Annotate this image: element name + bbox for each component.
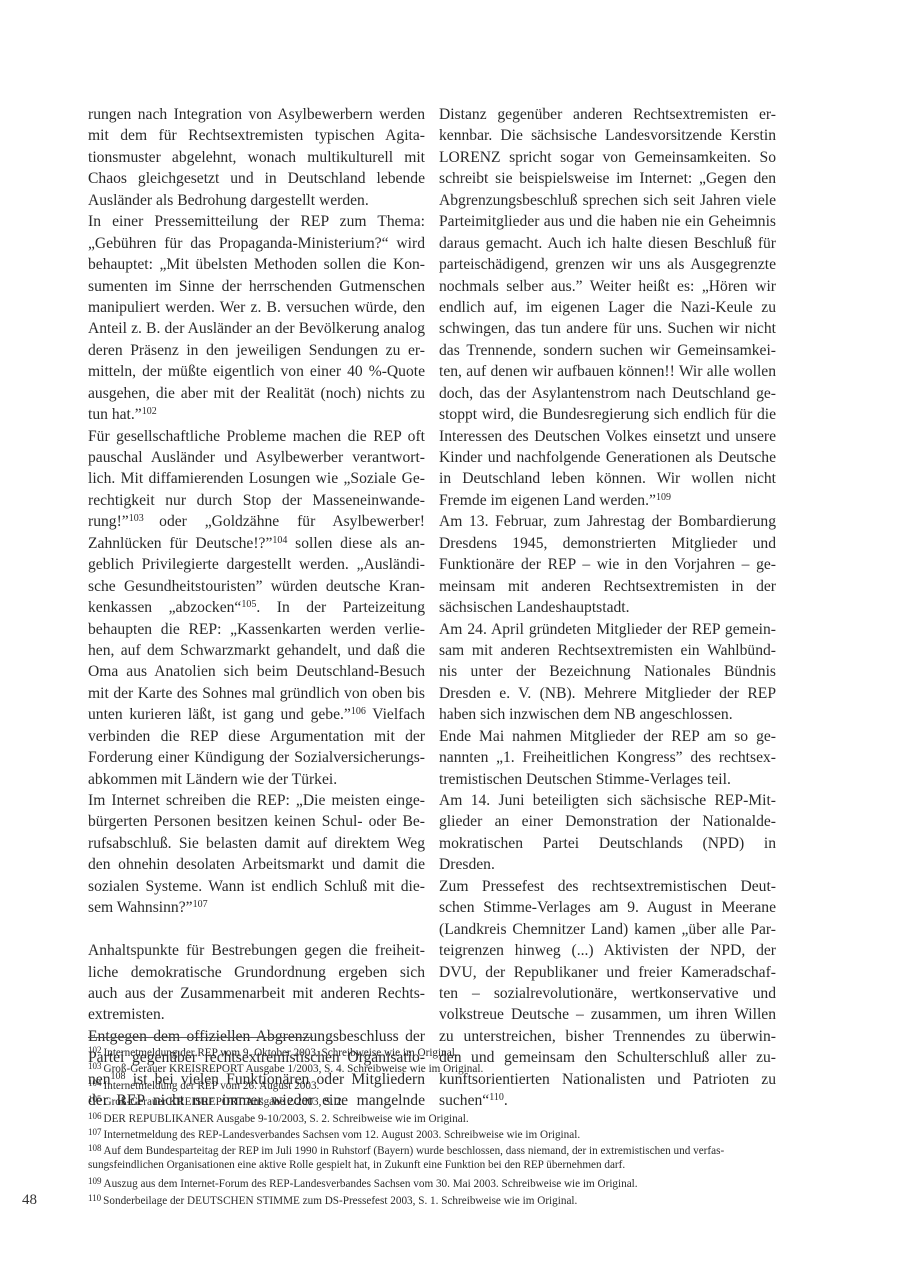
text-line: In einer Pressemitteilung der REP zum Th… xyxy=(88,211,425,232)
text-line: Funktionäre der REP – wie in den Vorjahr… xyxy=(439,554,776,575)
text-fragment: Vielfach xyxy=(366,706,425,723)
text-line: liche demokratische Grundordnung ergeben… xyxy=(88,962,425,983)
text-line: mitteln, der müßte eigentlich von einer … xyxy=(88,361,425,382)
text-line: Zahnlücken für Deutsche!?”104 sollen die… xyxy=(88,533,425,554)
text-line: parteischädigend, grenzen wir uns als Au… xyxy=(439,254,776,275)
text-line: unten kurieren läßt, ist gang und gebe.”… xyxy=(88,704,425,725)
footnote-number: 110 xyxy=(88,1193,101,1203)
left-column: rungen nach Integration von Asylbewerber… xyxy=(88,104,425,1112)
text-line: daraus gemacht. Auch ich halte diesen Be… xyxy=(439,233,776,254)
text-line: stoppt wird, die Bundesregierung sich en… xyxy=(439,404,776,425)
text-fragment: tun hat.” xyxy=(88,406,142,423)
text-line: Zum Pressefest des rechtsextremistischen… xyxy=(439,876,776,897)
text-line: Fremde im eigenen Land werden.”109 xyxy=(439,490,776,511)
text-line: sam mit anderen Rechtsextremisten ein Wa… xyxy=(439,640,776,661)
text-line: schen Stimme-Verlages am 9. August in Me… xyxy=(439,897,776,918)
text-line: rechtigkeit nur durch Stop der Massenein… xyxy=(88,490,425,511)
text-line: doch, das der Asylantenstrom nach Deutsc… xyxy=(439,383,776,404)
footnote-number: 103 xyxy=(88,1061,102,1071)
footnote-ref-107[interactable]: 107 xyxy=(193,899,208,910)
text-line: deren Präsenz in den jeweiligen Sendunge… xyxy=(88,340,425,361)
text-line: tionsmuster abgelehnt, wonach multikultu… xyxy=(88,147,425,168)
text-fragment: oder „Goldzähne für Asylbewerber! xyxy=(159,511,425,532)
footnote-ref-109[interactable]: 109 xyxy=(656,492,671,503)
footnote-divider xyxy=(88,1037,313,1038)
footnote-107: 107Internetmeldung des REP-Landesverband… xyxy=(88,1124,828,1140)
footnote-105: 105Groß-Gerauer KREISREPORT Ausgabe 2/20… xyxy=(88,1091,828,1107)
footnote-text: sungsfeindlichen Organisationen eine akt… xyxy=(88,1159,625,1171)
text-line: sem Wahnsinn?”107 xyxy=(88,897,425,918)
text-line: kenkassen „abzocken“105. In der Parteize… xyxy=(88,597,425,618)
footnote-number: 109 xyxy=(88,1176,102,1186)
text-line: Kinder und nachfolgende Generationen als… xyxy=(439,447,776,468)
footnote-ref-106[interactable]: 106 xyxy=(351,706,366,717)
text-line: meinsam mit anderen Rechtsextremisten in… xyxy=(439,576,776,597)
footnote-108-continuation: sungsfeindlichen Organisationen eine akt… xyxy=(88,1157,828,1173)
footnote-104: 104Internetmeldung der REP vom 26. Augus… xyxy=(88,1075,828,1091)
text-line: behaupten die REP: „Kassenkarten werden … xyxy=(88,619,425,640)
text-line: Oma aus Anatolien sich beim Deutschland-… xyxy=(88,661,425,682)
footnote-108: 108Auf dem Bundesparteitag der REP im Ju… xyxy=(88,1140,828,1156)
text-line: (Landkreis Chemnitzer Land) kamen „über … xyxy=(439,919,776,940)
text-line: glieder an einer Demonstration der Natio… xyxy=(439,811,776,832)
text-line: ten – sozialrevolutionäre, wertkonservat… xyxy=(439,983,776,1004)
text-line: Parteimitglieder aus und die haben nie e… xyxy=(439,211,776,232)
page-number: 48 xyxy=(22,1192,37,1209)
text-line: abkommen mit Ländern wie der Türkei. xyxy=(88,769,425,790)
footnote-number: 105 xyxy=(88,1094,102,1104)
text-line: nochmals selber aus.” Weiter heißt es: „… xyxy=(439,276,776,297)
text-line: das Trennende, sondern suchen wir Gemein… xyxy=(439,340,776,361)
text-line: Ende Mai nahmen Mitglieder der REP am so… xyxy=(439,726,776,747)
text-line: Am 24. April gründeten Mitglieder der RE… xyxy=(439,619,776,640)
footnote-number: 104 xyxy=(88,1078,102,1088)
text-line: sächsischen Landeshauptstadt. xyxy=(439,597,776,618)
text-line: nis unter der Bezeichnung Nationales Bün… xyxy=(439,661,776,682)
text-fragment: . In der Parteizeitung xyxy=(256,599,425,616)
footnote-110: 110Sonderbeilage der DEUTSCHEN STIMME zu… xyxy=(88,1190,828,1206)
footnote-number: 108 xyxy=(88,1143,102,1153)
text-fragment: kenkassen „abzocken“ xyxy=(88,599,241,616)
footnote-text: DER REPUBLIKANER Ausgabe 9-10/2003, S. 2… xyxy=(104,1113,469,1125)
footnote-109: 109Auszug aus dem Internet-Forum des REP… xyxy=(88,1173,828,1189)
footnote-text: Auszug aus dem Internet-Forum des REP-La… xyxy=(104,1178,638,1190)
text-line: sumenten im Sinne der herrschenden Gutme… xyxy=(88,276,425,297)
text-line: Interessen des Deutschen Volkes einsetzt… xyxy=(439,426,776,447)
text-line: geblich Privilegierte dargestellt werden… xyxy=(88,554,425,575)
text-line: Ausländer als Bedrohung dargestellt werd… xyxy=(88,190,425,211)
footnote-ref-105[interactable]: 105 xyxy=(241,599,256,610)
text-fragment: Zahnlücken für Deutsche!?” xyxy=(88,535,272,552)
text-line: Am 13. Februar, zum Jahrestag der Bombar… xyxy=(439,511,776,532)
text-line: rungen nach Integration von Asylbewerber… xyxy=(88,104,425,125)
footnote-text: Groß-Gerauer KREISREPORT Ausgabe 2/2003,… xyxy=(104,1096,345,1108)
text-line: nannten „1. Freiheitlichen Kongress” des… xyxy=(439,747,776,768)
text-line: den ohnehin desolaten Arbeitsmarkt und d… xyxy=(88,854,425,875)
text-line: bürgerten Personen besitzen keinen Schul… xyxy=(88,811,425,832)
text-line: kennbar. Die sächsische Landesvorsitzend… xyxy=(439,125,776,146)
text-line: tun hat.”102 xyxy=(88,404,425,425)
footnote-text: Internetmeldung des REP-Landesverbandes … xyxy=(104,1129,581,1141)
text-line: auch aus der Zusammenarbeit mit anderen … xyxy=(88,983,425,1004)
footnote-ref-104[interactable]: 104 xyxy=(272,535,287,546)
footnote-text: Internetmeldung der REP vom 26. August 2… xyxy=(104,1080,320,1092)
text-line: LORENZ spricht sogar von Gemeinsamkeiten… xyxy=(439,147,776,168)
text-line: hen, auf dem Schwarzmarkt gehandelt, und… xyxy=(88,640,425,661)
text-line: mit dem für Rechtsextremisten typischen … xyxy=(88,125,425,146)
text-line: mit der Karte des Sohnes mal gründlich v… xyxy=(88,683,425,704)
text-line: Anteil z. B. der Ausländer an der Bevölk… xyxy=(88,318,425,339)
text-line: Abgrenzungsbeschluß sprechen sich seit J… xyxy=(439,190,776,211)
text-line: DVU, der Republikaner und freier Kamerad… xyxy=(439,962,776,983)
text-line: verbinden die REP diese Argumentation mi… xyxy=(88,726,425,747)
text-line: manipuliert werden. Wer z. B. versuchen … xyxy=(88,297,425,318)
text-line: pauschal Ausländer und Asylbewerber vera… xyxy=(88,447,425,468)
text-line: rung!”103oder „Goldzähne für Asylbewerbe… xyxy=(88,511,425,532)
text-line: Distanz gegenüber anderen Rechtsextremis… xyxy=(439,104,776,125)
footnote-103: 103Groß-Gerauer KREISREPORT Ausgabe 1/20… xyxy=(88,1058,828,1074)
text-line: volkstreue Deutsche – zusammen, um ihren… xyxy=(439,1004,776,1025)
text-line: „Gebühren für das Propaganda-Ministerium… xyxy=(88,233,425,254)
text-line: haben sich inzwischen dem NB angeschloss… xyxy=(439,704,776,725)
text-line: Anhaltspunkte für Bestrebungen gegen die… xyxy=(88,940,425,961)
text-line: tremistischen Deutschen Stimme-Verlages … xyxy=(439,769,776,790)
text-line: Am 14. Juni beteiligten sich sächsische … xyxy=(439,790,776,811)
footnotes: 102Internetmeldung der REP vom 9. Oktobe… xyxy=(88,1042,828,1206)
text-line: sozialen Systeme. Wann ist endlich Schlu… xyxy=(88,876,425,897)
footnote-text: Groß-Gerauer KREISREPORT Ausgabe 1/2003,… xyxy=(104,1063,484,1075)
text-line: lich. Mit diffamierenden Losungen wie „S… xyxy=(88,468,425,489)
footnote-ref-102[interactable]: 102 xyxy=(142,406,157,417)
text-line: Dresden. xyxy=(439,854,776,875)
text-line: extremisten. xyxy=(88,1004,425,1025)
blank-line xyxy=(88,919,425,940)
text-line: endlich auf, im eigenen Lager die Nazi-K… xyxy=(439,297,776,318)
footnote-ref-103[interactable]: 103 xyxy=(129,513,144,524)
footnote-number: 102 xyxy=(88,1045,102,1055)
footnote-number: 106 xyxy=(88,1111,102,1121)
footnote-text: Sonderbeilage der DEUTSCHEN STIMME zum D… xyxy=(103,1195,577,1207)
text-line: schwingen, das tun andere für uns. Suche… xyxy=(439,318,776,339)
text-line: ausgehen, die aber mit der Realität (noc… xyxy=(88,383,425,404)
text-fragment: unten kurieren läßt, ist gang und gebe.” xyxy=(88,706,351,723)
footnote-text: Internetmeldung der REP vom 9. Oktober 2… xyxy=(104,1047,458,1059)
text-line: Chaos gleichgesetzt und in Deutschland l… xyxy=(88,168,425,189)
text-line: in Deutschland leben können. Wir wollen … xyxy=(439,468,776,489)
text-line: behauptet: „Mit übelsten Methoden sollen… xyxy=(88,254,425,275)
text-fragment: Fremde im eigenen Land werden.” xyxy=(439,492,656,509)
text-line: teigrenzen hinweg (...) Aktivisten der N… xyxy=(439,940,776,961)
text-fragment: rung!” xyxy=(88,513,129,530)
text-line: Dresden e. V. (NB). Mehrere Mitglieder d… xyxy=(439,683,776,704)
text-fragment: sem Wahnsinn?” xyxy=(88,899,193,916)
text-line: Forderung einer Kündigung der Sozialvers… xyxy=(88,747,425,768)
footnote-102: 102Internetmeldung der REP vom 9. Oktobe… xyxy=(88,1042,828,1058)
footnote-106: 106DER REPUBLIKANER Ausgabe 9-10/2003, S… xyxy=(88,1108,828,1124)
text-line: Dresdens 1945, demonstrierten Mitglieder… xyxy=(439,533,776,554)
text-line: Im Internet schreiben die REP: „Die meis… xyxy=(88,790,425,811)
text-fragment: sollen diese als an- xyxy=(287,535,425,552)
footnote-text: Auf dem Bundesparteitag der REP im Juli … xyxy=(104,1145,725,1157)
text-line: mokratischen Partei Deutschlands (NPD) i… xyxy=(439,833,776,854)
text-line: schreibt sie beispielsweise im Internet:… xyxy=(439,168,776,189)
text-line: rufsabschluß. Sie belasten damit auf dir… xyxy=(88,833,425,854)
text-line: Für gesellschaftliche Probleme machen di… xyxy=(88,426,425,447)
footnote-number: 107 xyxy=(88,1127,102,1137)
right-column: Distanz gegenüber anderen Rechtsextremis… xyxy=(439,104,776,1112)
text-line: sche Gesundheitstouristen” würden deutsc… xyxy=(88,576,425,597)
text-line: ten, auf denen wir aufbauen können!! Wir… xyxy=(439,361,776,382)
